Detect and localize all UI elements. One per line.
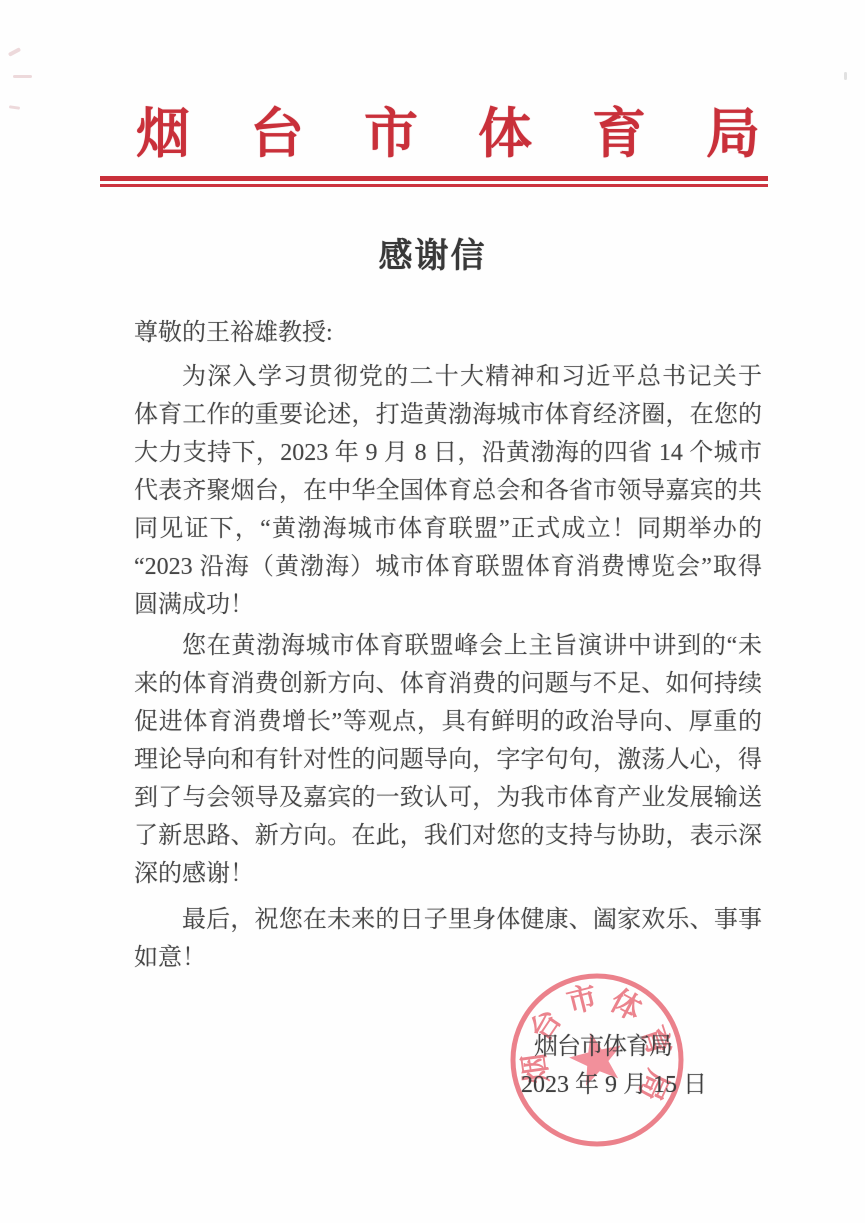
- body-line: 了新思路、新方向。在此，我们对您的支持与协助，表示深: [134, 817, 762, 855]
- body-line: 大力支持下，2023 年 9 月 8 日，沿黄渤海的四省 14 个城市: [134, 434, 762, 472]
- letterhead-title: 烟台市体育局: [136, 104, 816, 164]
- body-line: 代表齐聚烟台，在中华全国体育总会和各省市领导嘉宾的共: [134, 472, 762, 510]
- paragraph: 您在黄渤海城市体育联盟峰会上主旨演讲中讲到的“未 来的体育消费创新方向、体育消费…: [134, 627, 762, 893]
- scanned-letter-page: 烟台市体育局 感谢信 尊敬的王裕雄教授: 为深入学习贯彻党的二十大精神和习近平总…: [0, 0, 865, 1223]
- letterhead-rule-thick: [100, 176, 768, 181]
- letterhead-rule-thin: [100, 184, 768, 187]
- body-line: 最后，祝您在未来的日子里身体健康、阖家欢乐、事事: [134, 901, 762, 939]
- scan-artifact: [8, 47, 21, 57]
- greeting: 尊敬的王裕雄教授:: [134, 312, 333, 347]
- body-line: 您在黄渤海城市体育联盟峰会上主旨演讲中讲到的“未: [134, 627, 762, 665]
- letter-body: 为深入学习贯彻党的二十大精神和习近平总书记关于 体育工作的重要论述，打造黄渤海城…: [134, 358, 762, 977]
- body-line: 到了与会领导及嘉宾的一致认可，为我市体育产业发展输送: [134, 779, 762, 817]
- signature-org: 烟台市体育局: [534, 1026, 672, 1061]
- body-line: “2023 沿海（黄渤海）城市体育联盟体育消费博览会”取得: [134, 548, 762, 586]
- body-line: 为深入学习贯彻党的二十大精神和习近平总书记关于: [134, 358, 762, 396]
- body-line: 体育工作的重要论述，打造黄渤海城市体育经济圈，在您的: [134, 396, 762, 434]
- scan-artifact: [13, 75, 32, 78]
- signature-date: 2023 年 9 月 15 日: [521, 1064, 707, 1099]
- body-line: 圆满成功！: [134, 586, 762, 624]
- body-line: 来的体育消费创新方向、体育消费的问题与不足、如何持续: [134, 665, 762, 703]
- paragraph: 为深入学习贯彻党的二十大精神和习近平总书记关于 体育工作的重要论述，打造黄渤海城…: [134, 358, 762, 624]
- seal-char: 市: [564, 981, 601, 1020]
- scan-artifact: [844, 72, 847, 80]
- body-line: 理论导向和有针对性的问题导向，字字句句，激荡人心，得: [134, 741, 762, 779]
- body-line: 同见证下，“黄渤海城市体育联盟”正式成立！同期举办的: [134, 510, 762, 548]
- paragraph: 最后，祝您在未来的日子里身体健康、阖家欢乐、事事 如意！: [134, 901, 762, 977]
- scan-artifact: [9, 105, 20, 110]
- body-line: 深的感谢！: [134, 855, 762, 893]
- body-line: 促进体育消费增长”等观点，具有鲜明的政治导向、厚重的: [134, 703, 762, 741]
- doc-title: 感谢信: [0, 228, 865, 277]
